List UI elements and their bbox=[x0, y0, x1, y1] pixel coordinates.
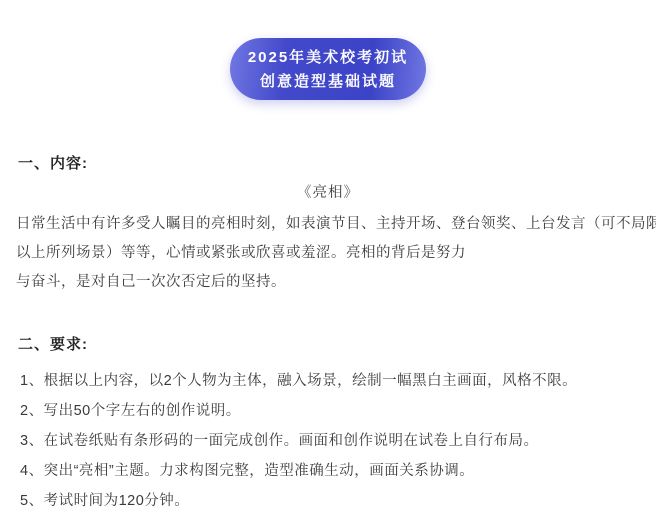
requirement-item: 3、在试卷纸贴有条形码的一面完成创作。画面和创作说明在试卷上自行布局。 bbox=[20, 426, 640, 456]
requirement-item: 2、写出50个字左右的创作说明。 bbox=[20, 396, 640, 426]
exam-title-badge: 2025年美术校考初试 创意造型基础试题 bbox=[230, 38, 426, 100]
badge-title-line2: 创意造型基础试题 bbox=[260, 71, 396, 92]
requirements-list: 1、根据以上内容，以2个人物为主体，融入场景，绘制一幅黑白主画面，风格不限。 2… bbox=[16, 366, 640, 516]
badge-title-line1: 2025年美术校考初试 bbox=[248, 47, 408, 68]
exam-document-page: 2025年美术校考初试 创意造型基础试题 一、内容: 《亮相》 日常生活中有许多… bbox=[0, 0, 656, 521]
requirement-item: 4、突出“亮相”主题。力求构图完整，造型准确生动，画面关系协调。 bbox=[20, 456, 640, 486]
section-heading-requirements: 二、要求: bbox=[18, 333, 640, 354]
requirement-item: 5、考试时间为120分钟。 bbox=[20, 486, 640, 516]
badge-container: 2025年美术校考初试 创意造型基础试题 bbox=[0, 0, 656, 100]
requirement-item: 1、根据以上内容，以2个人物为主体，融入场景，绘制一幅黑白主画面，风格不限。 bbox=[20, 366, 640, 396]
paragraph-line: 以上所列场景）等等，心情或紧张或欣喜或羞涩。亮相的背后是努力 bbox=[16, 239, 640, 268]
document-body: 一、内容: 《亮相》 日常生活中有许多受人瞩目的亮相时刻，如表演节目、主持开场、… bbox=[0, 152, 656, 516]
section-heading-content: 一、内容: bbox=[18, 152, 640, 173]
work-title: 《亮相》 bbox=[16, 181, 640, 202]
paragraph-line: 与奋斗，是对自己一次次否定后的坚持。 bbox=[16, 268, 640, 297]
content-paragraph: 日常生活中有许多受人瞩目的亮相时刻，如表演节目、主持开场、登台领奖、上台发言（可… bbox=[16, 210, 640, 297]
paragraph-line: 日常生活中有许多受人瞩目的亮相时刻，如表演节目、主持开场、登台领奖、上台发言（可… bbox=[16, 210, 640, 239]
